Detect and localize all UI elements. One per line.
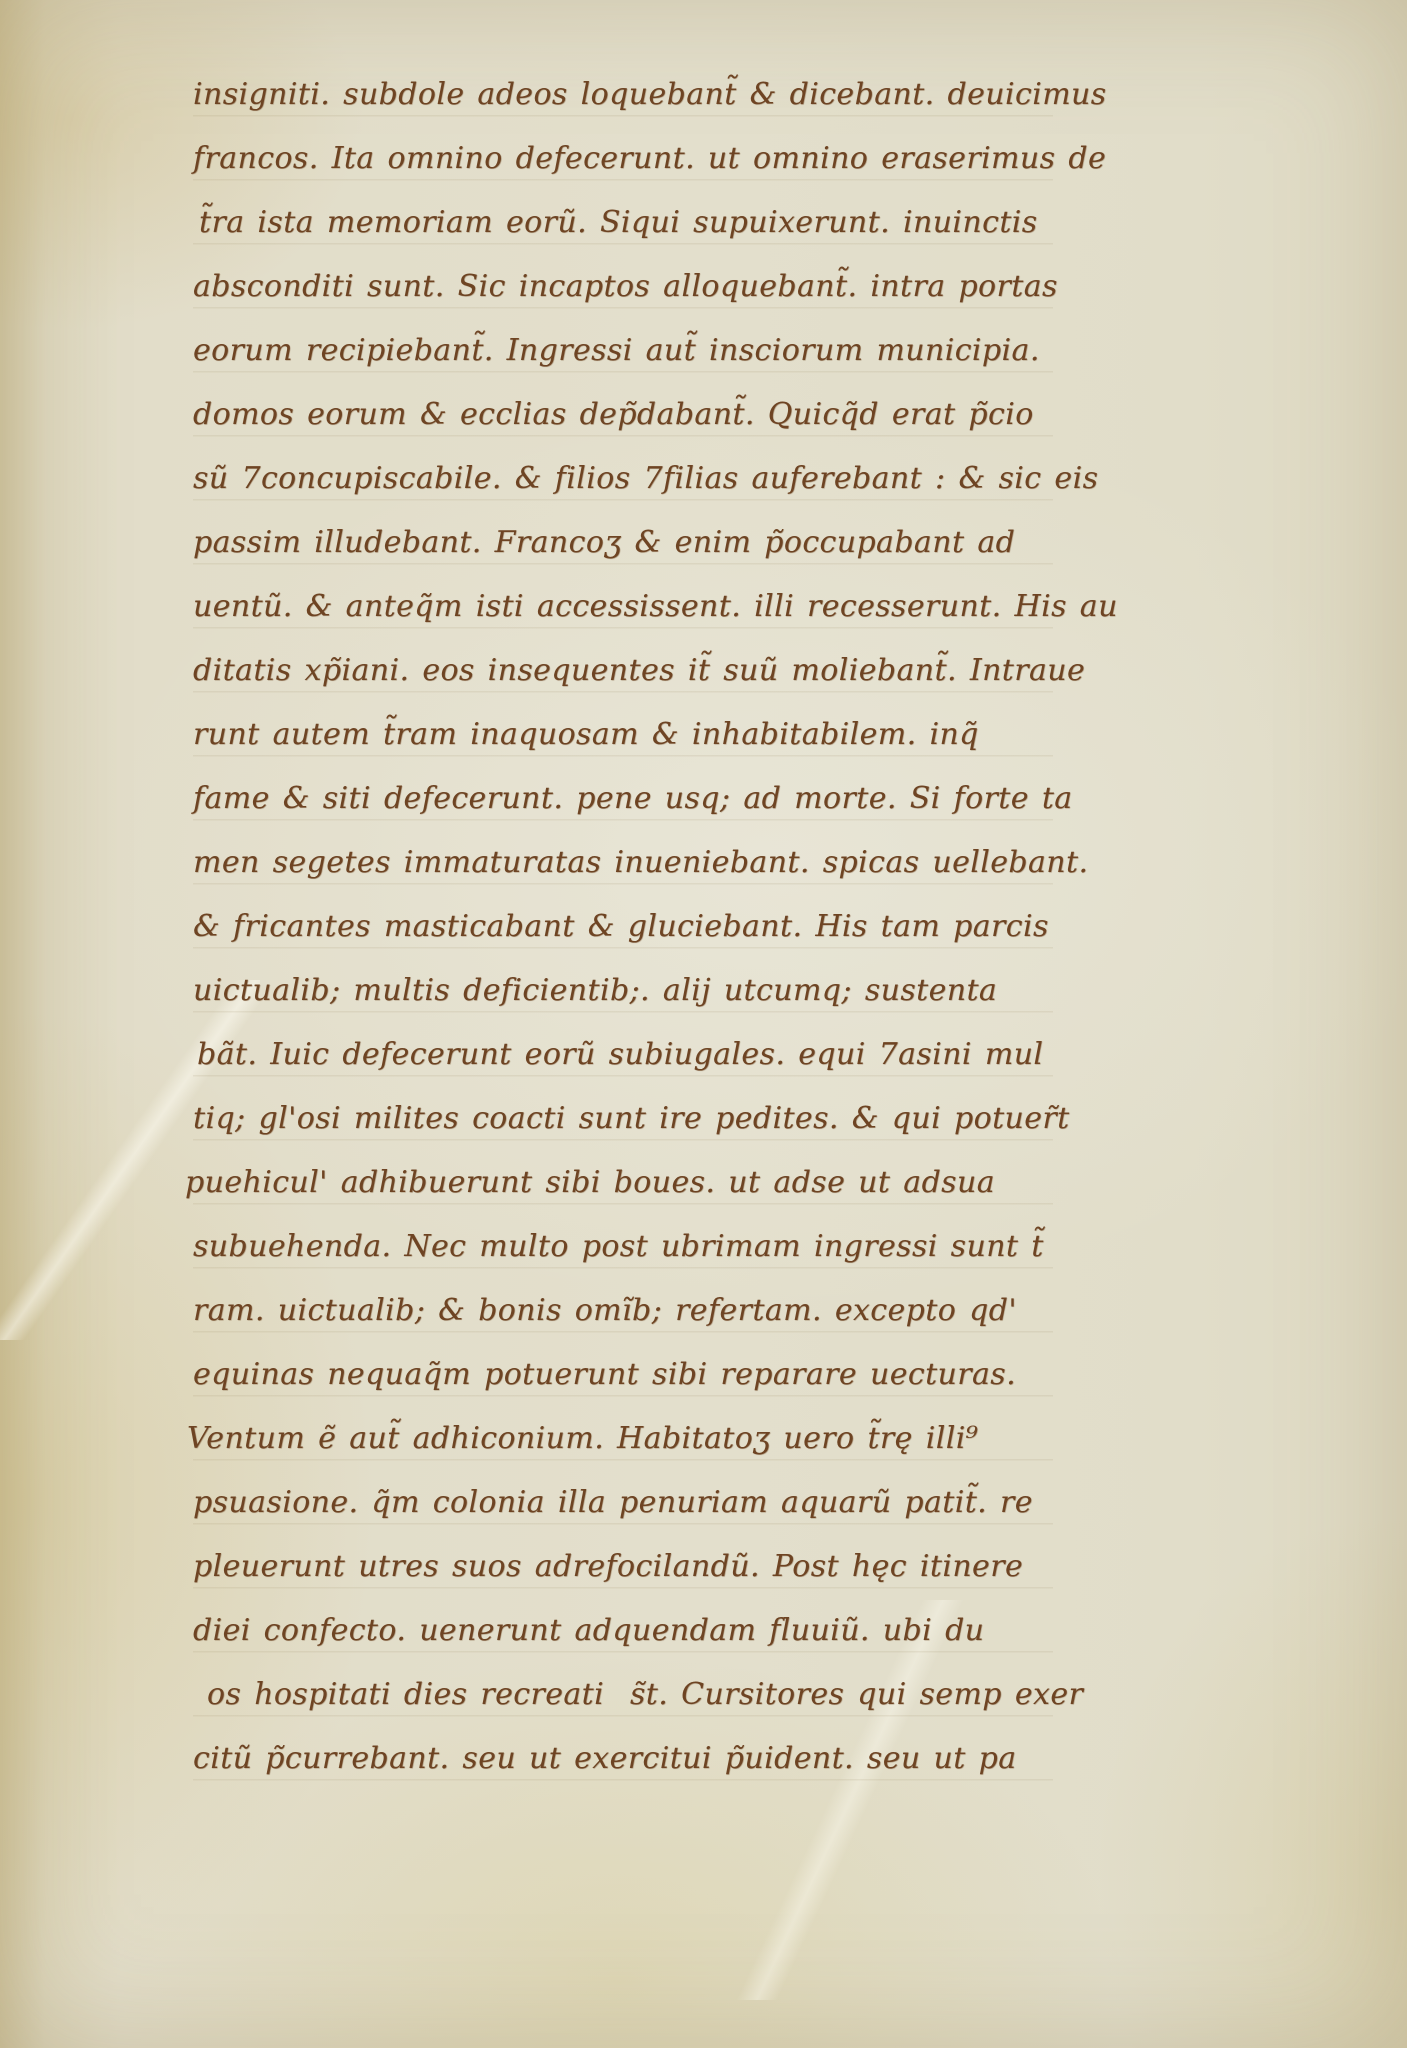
manuscript-line: men segetes immaturatas inueniebant. spi… [193,834,1053,898]
manuscript-line: diei confecto. uenerunt adquendam fluuiũ… [193,1602,1053,1666]
text-block: insigniti. subdole adeos loquebant̃ & di… [193,66,1053,1794]
manuscript-line: fame & siti defecerunt. pene usq; ad mor… [193,770,1053,834]
manuscript-line: psuasione. q̃m colonia illa penuriam aqu… [193,1474,1053,1538]
manuscript-line: eorum recipiebant̃. Ingressi aut̃ inscio… [193,322,1053,386]
manuscript-line: pleuerunt utres suos adrefocilandũ. Post… [193,1538,1053,1602]
manuscript-line: ditatis xp̃iani. eos insequentes it̃ suũ… [193,642,1053,706]
manuscript-line: ram. uictualib; & bonis omĩb; refertam. … [193,1282,1053,1346]
manuscript-line: sũ 7concupiscabile. & filios 7filias auf… [193,450,1053,514]
manuscript-line: Ventum ẽ aut̃ adhiconium. Habitatoʒ uero… [187,1410,1053,1474]
manuscript-line: insigniti. subdole adeos loquebant̃ & di… [193,66,1053,130]
manuscript-line: tiq; gl'osi milites coacti sunt ire pedi… [193,1090,1053,1154]
manuscript-line: passim illudebant. Francoʒ & enim p̃occu… [193,514,1053,578]
manuscript-line: t̃ra ista memoriam eorũ. Siqui supuixeru… [199,194,1053,258]
manuscript-line: os hospitati dies recreati s̃t. Cursitor… [207,1666,1053,1730]
manuscript-page: insigniti. subdole adeos loquebant̃ & di… [0,0,1407,2048]
manuscript-line: & fricantes masticabant & gluciebant. Hi… [193,898,1053,962]
manuscript-line: equinas nequaq̃m potuerunt sibi reparare… [193,1346,1053,1410]
manuscript-line: puehicul' adhibuerunt sibi boues. ut ads… [185,1154,1053,1218]
manuscript-line: subuehenda. Nec multo post ubrimam ingre… [193,1218,1053,1282]
manuscript-line: domos eorum & ecclias dep̃dabant̃. Quicq… [193,386,1053,450]
manuscript-line: citũ p̃currebant. seu ut exercitui p̃uid… [193,1730,1053,1794]
manuscript-line: francos. Ita omnino defecerunt. ut omnin… [193,130,1053,194]
manuscript-line: bãt. Iuic defecerunt eorũ subiugales. eq… [197,1026,1053,1090]
manuscript-line: uictualib; multis deficientib;. alij utc… [193,962,1053,1026]
manuscript-line: runt autem t̃ram inaquosam & inhabitabil… [193,706,1053,770]
manuscript-line: absconditi sunt. Sic incaptos alloqueban… [193,258,1053,322]
manuscript-line: uentũ. & anteq̃m isti accessissent. illi… [193,578,1053,642]
